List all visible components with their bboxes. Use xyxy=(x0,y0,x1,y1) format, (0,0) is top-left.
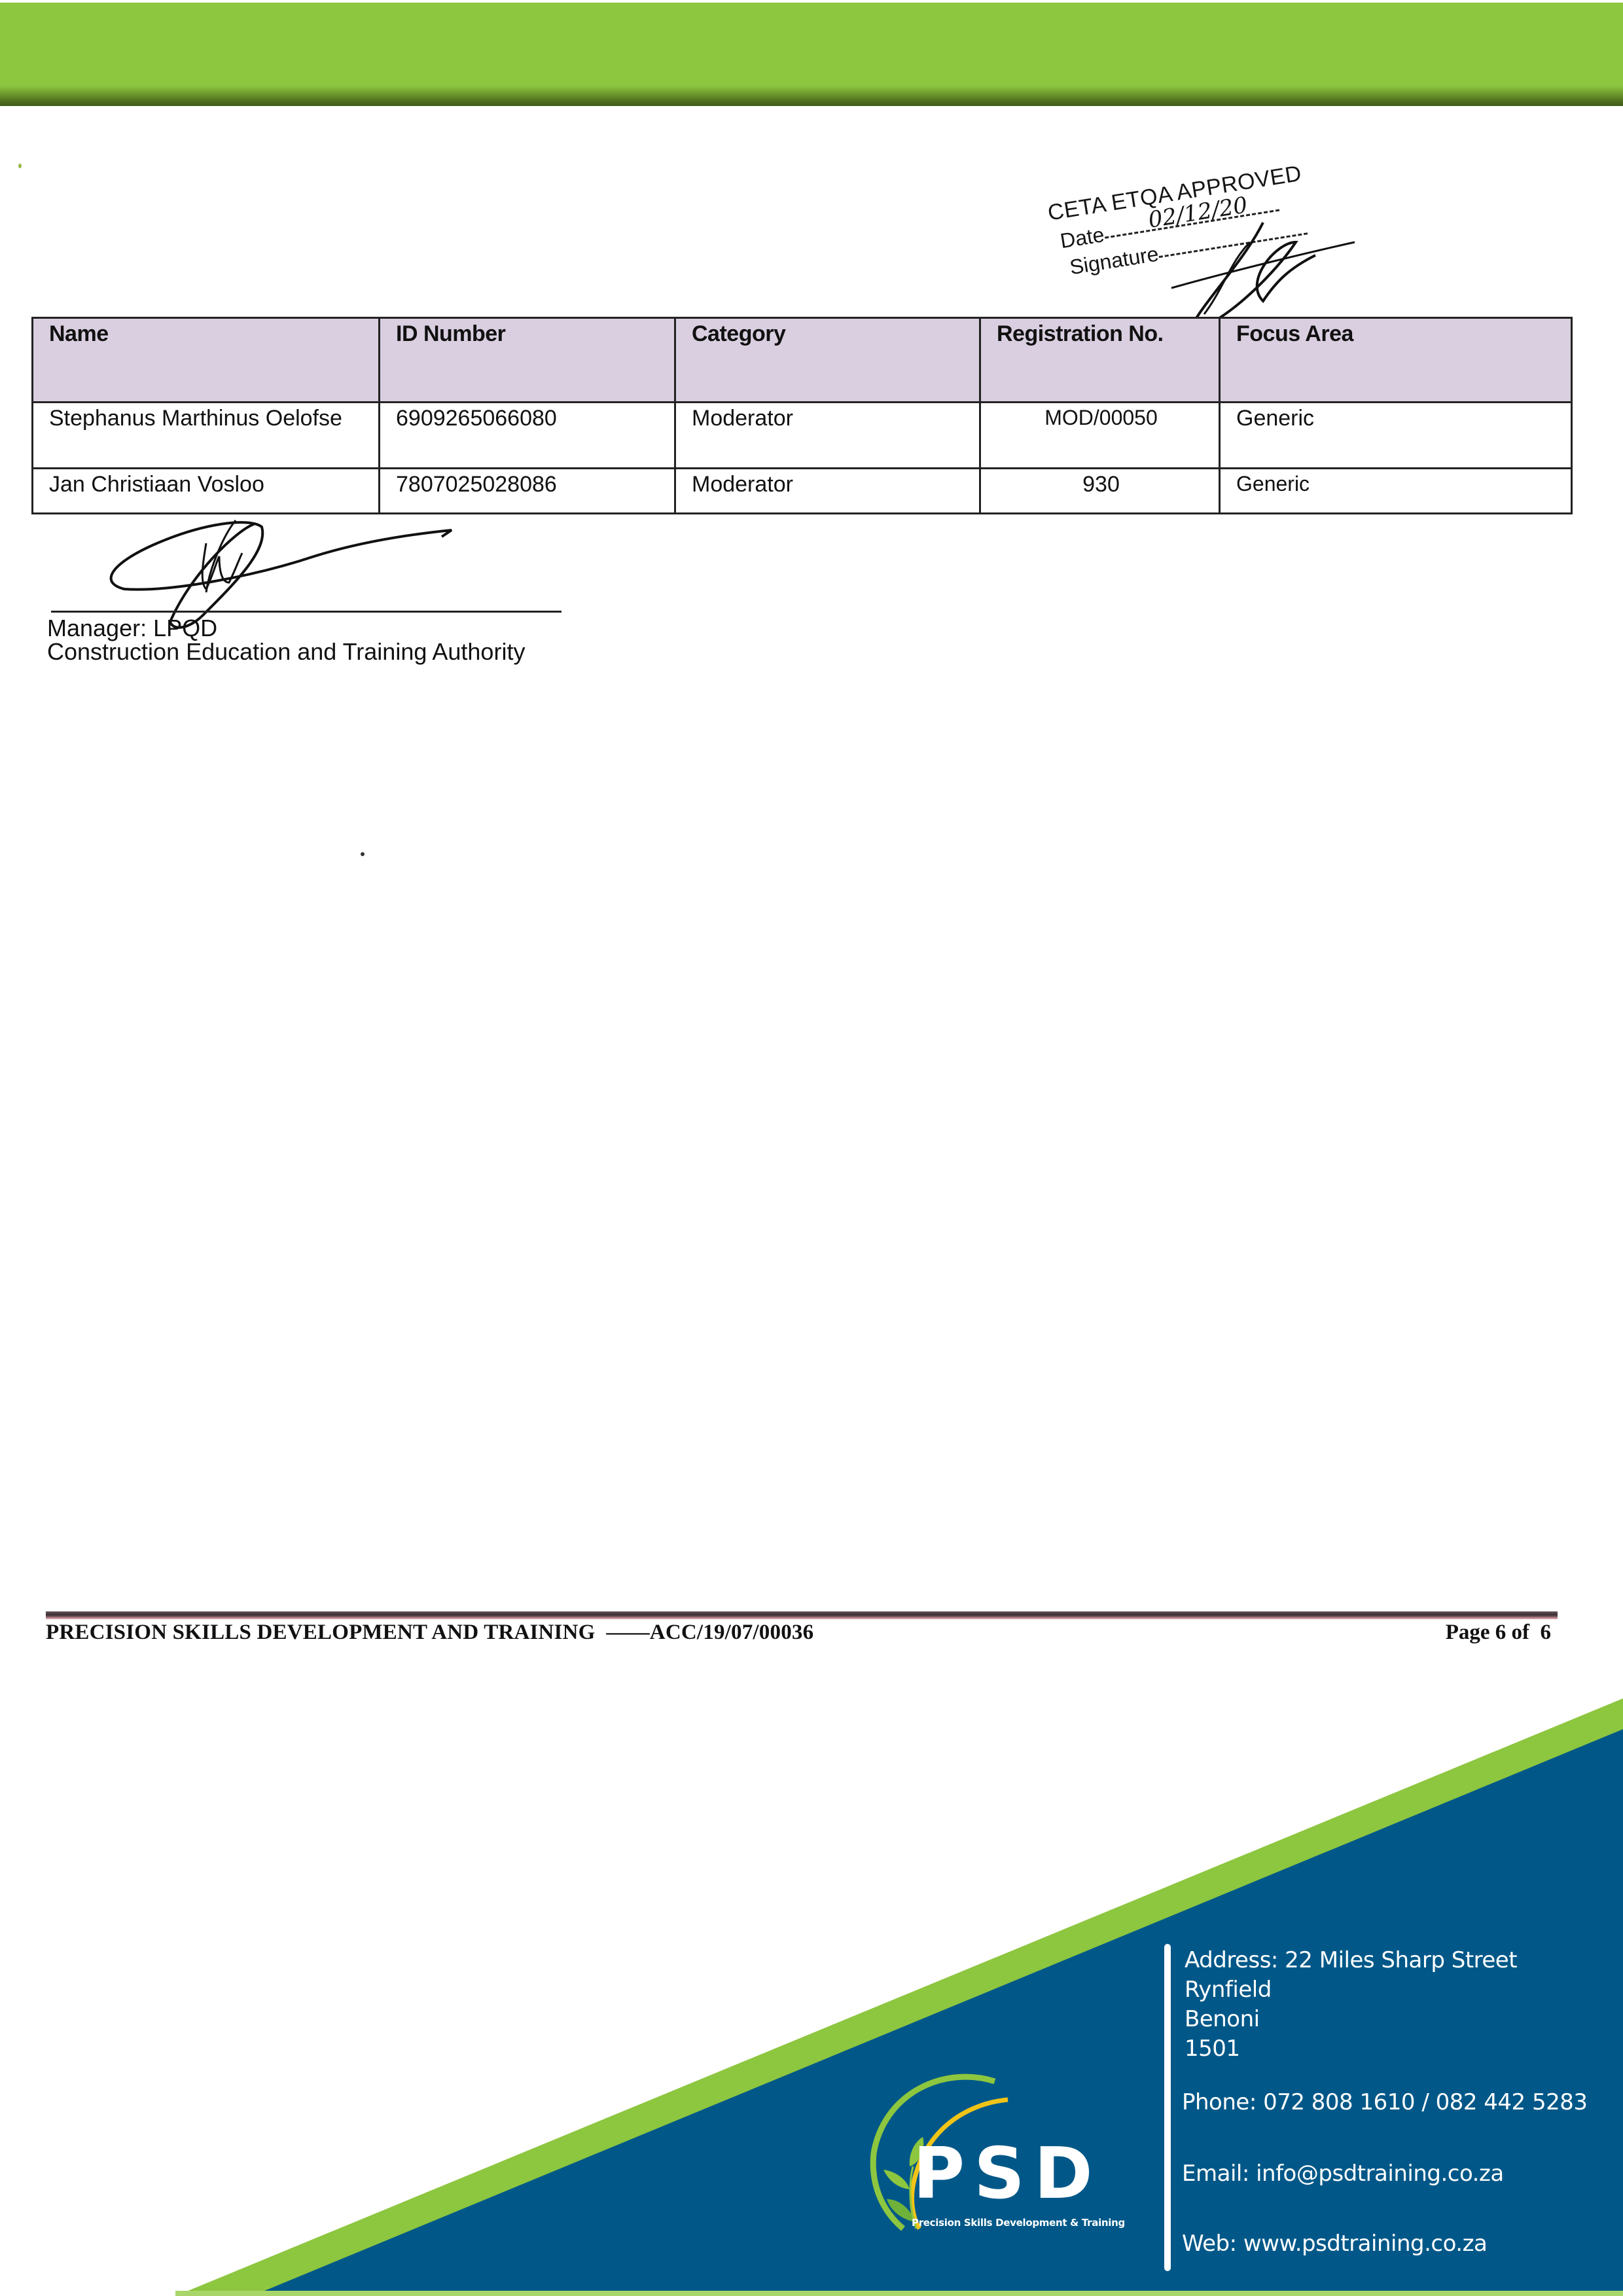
table-header-row: Name ID Number Category Registration No.… xyxy=(33,318,1572,403)
table-row: Stephanus Marthinus Oelofse 690926506608… xyxy=(33,403,1572,469)
logo-wordmark: PSD xyxy=(913,2139,1102,2210)
scan-speck xyxy=(18,164,22,168)
cell-focus-area: Generic xyxy=(1220,469,1572,514)
signature-line xyxy=(51,611,562,613)
contact-address-line3: Benoni xyxy=(1185,2005,1260,2034)
contact-divider xyxy=(1164,1944,1171,2271)
column-header-registration-no: Registration No. xyxy=(980,318,1220,403)
cell-id-number: 6909265066080 xyxy=(380,403,675,469)
signatory-organisation: Construction Education and Training Auth… xyxy=(47,639,525,665)
signatory-title: Manager: LPQD xyxy=(47,615,217,641)
cell-id-number: 7807025028086 xyxy=(380,469,675,514)
contact-website[interactable]: Web: www.psdtraining.co.za xyxy=(1182,2229,1487,2259)
page-number: Page 6 of 6 xyxy=(1446,1621,1551,1645)
cell-name: Jan Christiaan Vosloo xyxy=(33,469,380,514)
cell-registration-no: MOD/00050 xyxy=(980,403,1220,469)
column-header-focus-area: Focus Area xyxy=(1220,318,1572,403)
stamp-date-label: Date xyxy=(1058,223,1105,253)
cell-name: Stephanus Marthinus Oelofse xyxy=(33,403,380,469)
footer-company-reference: PRECISION SKILLS DEVELOPMENT AND TRAININ… xyxy=(46,1621,813,1645)
contact-address-line2: Rynfield xyxy=(1185,1975,1272,2005)
column-header-id-number: ID Number xyxy=(380,318,675,403)
cell-registration-no: 930 xyxy=(980,469,1220,514)
stamp-signature-scribble xyxy=(1165,203,1361,334)
contact-phone: Phone: 072 808 1610 / 082 442 5283 xyxy=(1182,2088,1588,2117)
cell-focus-area: Generic xyxy=(1220,403,1572,469)
cell-category: Moderator xyxy=(675,469,980,514)
contact-address-line1: Address: 22 Miles Sharp Street xyxy=(1185,1946,1517,1975)
column-header-name: Name xyxy=(33,318,380,403)
header-green-band xyxy=(0,3,1623,106)
logo-tagline: Precision Skills Development & Training xyxy=(912,2217,1125,2229)
assessor-registration-table: Name ID Number Category Registration No.… xyxy=(31,317,1573,514)
scan-dot xyxy=(361,852,365,856)
table-row: Jan Christiaan Vosloo 7807025028086 Mode… xyxy=(33,469,1572,514)
contact-email[interactable]: Email: info@psdtraining.co.za xyxy=(1182,2159,1504,2189)
contact-address-line4: 1501 xyxy=(1185,2034,1240,2064)
column-header-category: Category xyxy=(675,318,980,403)
footer-rule xyxy=(46,1611,1558,1619)
cell-category: Moderator xyxy=(675,403,980,469)
